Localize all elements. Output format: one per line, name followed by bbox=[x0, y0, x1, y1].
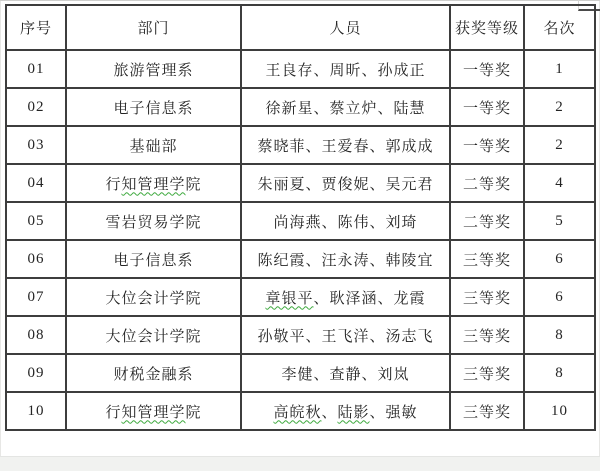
cell-award: 一等奖 bbox=[450, 126, 524, 164]
cell-dept: 雪岩贸易学院 bbox=[66, 202, 241, 240]
spellcheck-underline: 高皖秋 bbox=[273, 405, 321, 421]
cell-no: 02 bbox=[6, 88, 66, 126]
cell-persons: 王良存、周昕、孙成正 bbox=[241, 50, 450, 88]
cell-no: 04 bbox=[6, 164, 66, 202]
cell-persons: 徐新星、蔡立炉、陆慧 bbox=[241, 88, 450, 126]
cell-no: 06 bbox=[6, 240, 66, 278]
cell-dept: 财税金融系 bbox=[66, 354, 241, 392]
cell-dept: 电子信息系 bbox=[66, 240, 241, 278]
spellcheck-underline: 陆影 bbox=[338, 405, 370, 421]
table-row: 03基础部蔡晓菲、王爱春、郭成成一等奖2 bbox=[6, 126, 595, 164]
cell-rank: 10 bbox=[524, 392, 595, 430]
spellcheck-underline: 章银平 bbox=[265, 291, 313, 307]
cell-no: 01 bbox=[6, 50, 66, 88]
cell-rank: 8 bbox=[524, 316, 595, 354]
cell-persons: 朱丽夏、贾俊妮、吴元君 bbox=[241, 164, 450, 202]
cell-dept: 基础部 bbox=[66, 126, 241, 164]
table-row: 07大位会计学院章银平、耿泽涵、龙霞三等奖6 bbox=[6, 278, 595, 316]
cell-rank: 6 bbox=[524, 240, 595, 278]
cell-rank: 2 bbox=[524, 126, 595, 164]
column-header-award: 获奖等级 bbox=[450, 5, 524, 50]
cell-dept: 电子信息系 bbox=[66, 88, 241, 126]
cell-award: 三等奖 bbox=[450, 278, 524, 316]
table-row: 04行知管理学院朱丽夏、贾俊妮、吴元君二等奖4 bbox=[6, 164, 595, 202]
cell-no: 07 bbox=[6, 278, 66, 316]
cell-persons: 蔡晓菲、王爱春、郭成成 bbox=[241, 126, 450, 164]
cell-award: 一等奖 bbox=[450, 50, 524, 88]
column-header-rank: 名次 bbox=[524, 5, 595, 50]
cell-dept: 大位会计学院 bbox=[66, 278, 241, 316]
cell-dept: 旅游管理系 bbox=[66, 50, 241, 88]
cell-no: 09 bbox=[6, 354, 66, 392]
cell-no: 05 bbox=[6, 202, 66, 240]
table-body: 01旅游管理系王良存、周昕、孙成正一等奖102电子信息系徐新星、蔡立炉、陆慧一等… bbox=[6, 50, 595, 430]
table-header-row: 序号部门人员获奖等级名次 bbox=[6, 5, 595, 50]
table-row: 10行知管理学院高皖秋、陆影、强敏三等奖10 bbox=[6, 392, 595, 430]
cell-dept: 行知管理学院 bbox=[66, 392, 241, 430]
screenshot-canvas: 序号部门人员获奖等级名次 01旅游管理系王良存、周昕、孙成正一等奖102电子信息… bbox=[0, 0, 600, 471]
cell-persons: 孙敬平、王飞洋、汤志飞 bbox=[241, 316, 450, 354]
cell-rank: 2 bbox=[524, 88, 595, 126]
cell-award: 三等奖 bbox=[450, 354, 524, 392]
column-header-dept: 部门 bbox=[66, 5, 241, 50]
page-background-strip bbox=[0, 456, 600, 471]
column-header-no: 序号 bbox=[6, 5, 66, 50]
cell-persons: 尚海燕、陈伟、刘琦 bbox=[241, 202, 450, 240]
spellcheck-underline: 知管理学 bbox=[121, 177, 185, 193]
cell-award: 二等奖 bbox=[450, 164, 524, 202]
table-row: 01旅游管理系王良存、周昕、孙成正一等奖1 bbox=[6, 50, 595, 88]
cell-award: 三等奖 bbox=[450, 316, 524, 354]
column-header-persons: 人员 bbox=[241, 5, 450, 50]
cell-award: 一等奖 bbox=[450, 88, 524, 126]
cell-award: 二等奖 bbox=[450, 202, 524, 240]
crop-artifact-top-line bbox=[0, 0, 600, 1]
cell-award: 三等奖 bbox=[450, 392, 524, 430]
table-row: 08大位会计学院孙敬平、王飞洋、汤志飞三等奖8 bbox=[6, 316, 595, 354]
cell-rank: 8 bbox=[524, 354, 595, 392]
table-header: 序号部门人员获奖等级名次 bbox=[6, 5, 595, 50]
cell-dept: 行知管理学院 bbox=[66, 164, 241, 202]
table-row: 02电子信息系徐新星、蔡立炉、陆慧一等奖2 bbox=[6, 88, 595, 126]
cell-persons: 陈纪霞、汪永涛、韩陵宜 bbox=[241, 240, 450, 278]
spellcheck-underline: 知管理学 bbox=[121, 405, 185, 421]
cell-no: 10 bbox=[6, 392, 66, 430]
cell-no: 03 bbox=[6, 126, 66, 164]
cell-no: 08 bbox=[6, 316, 66, 354]
table-row: 06电子信息系陈纪霞、汪永涛、韩陵宜三等奖6 bbox=[6, 240, 595, 278]
cell-persons: 高皖秋、陆影、强敏 bbox=[241, 392, 450, 430]
cell-rank: 4 bbox=[524, 164, 595, 202]
cell-rank: 6 bbox=[524, 278, 595, 316]
award-results-table: 序号部门人员获奖等级名次 01旅游管理系王良存、周昕、孙成正一等奖102电子信息… bbox=[5, 4, 596, 431]
cell-rank: 1 bbox=[524, 50, 595, 88]
cell-persons: 李健、查静、刘岚 bbox=[241, 354, 450, 392]
table-row: 05雪岩贸易学院尚海燕、陈伟、刘琦二等奖5 bbox=[6, 202, 595, 240]
cell-award: 三等奖 bbox=[450, 240, 524, 278]
cell-rank: 5 bbox=[524, 202, 595, 240]
table-row: 09财税金融系李健、查静、刘岚三等奖8 bbox=[6, 354, 595, 392]
cell-dept: 大位会计学院 bbox=[66, 316, 241, 354]
cell-persons: 章银平、耿泽涵、龙霞 bbox=[241, 278, 450, 316]
